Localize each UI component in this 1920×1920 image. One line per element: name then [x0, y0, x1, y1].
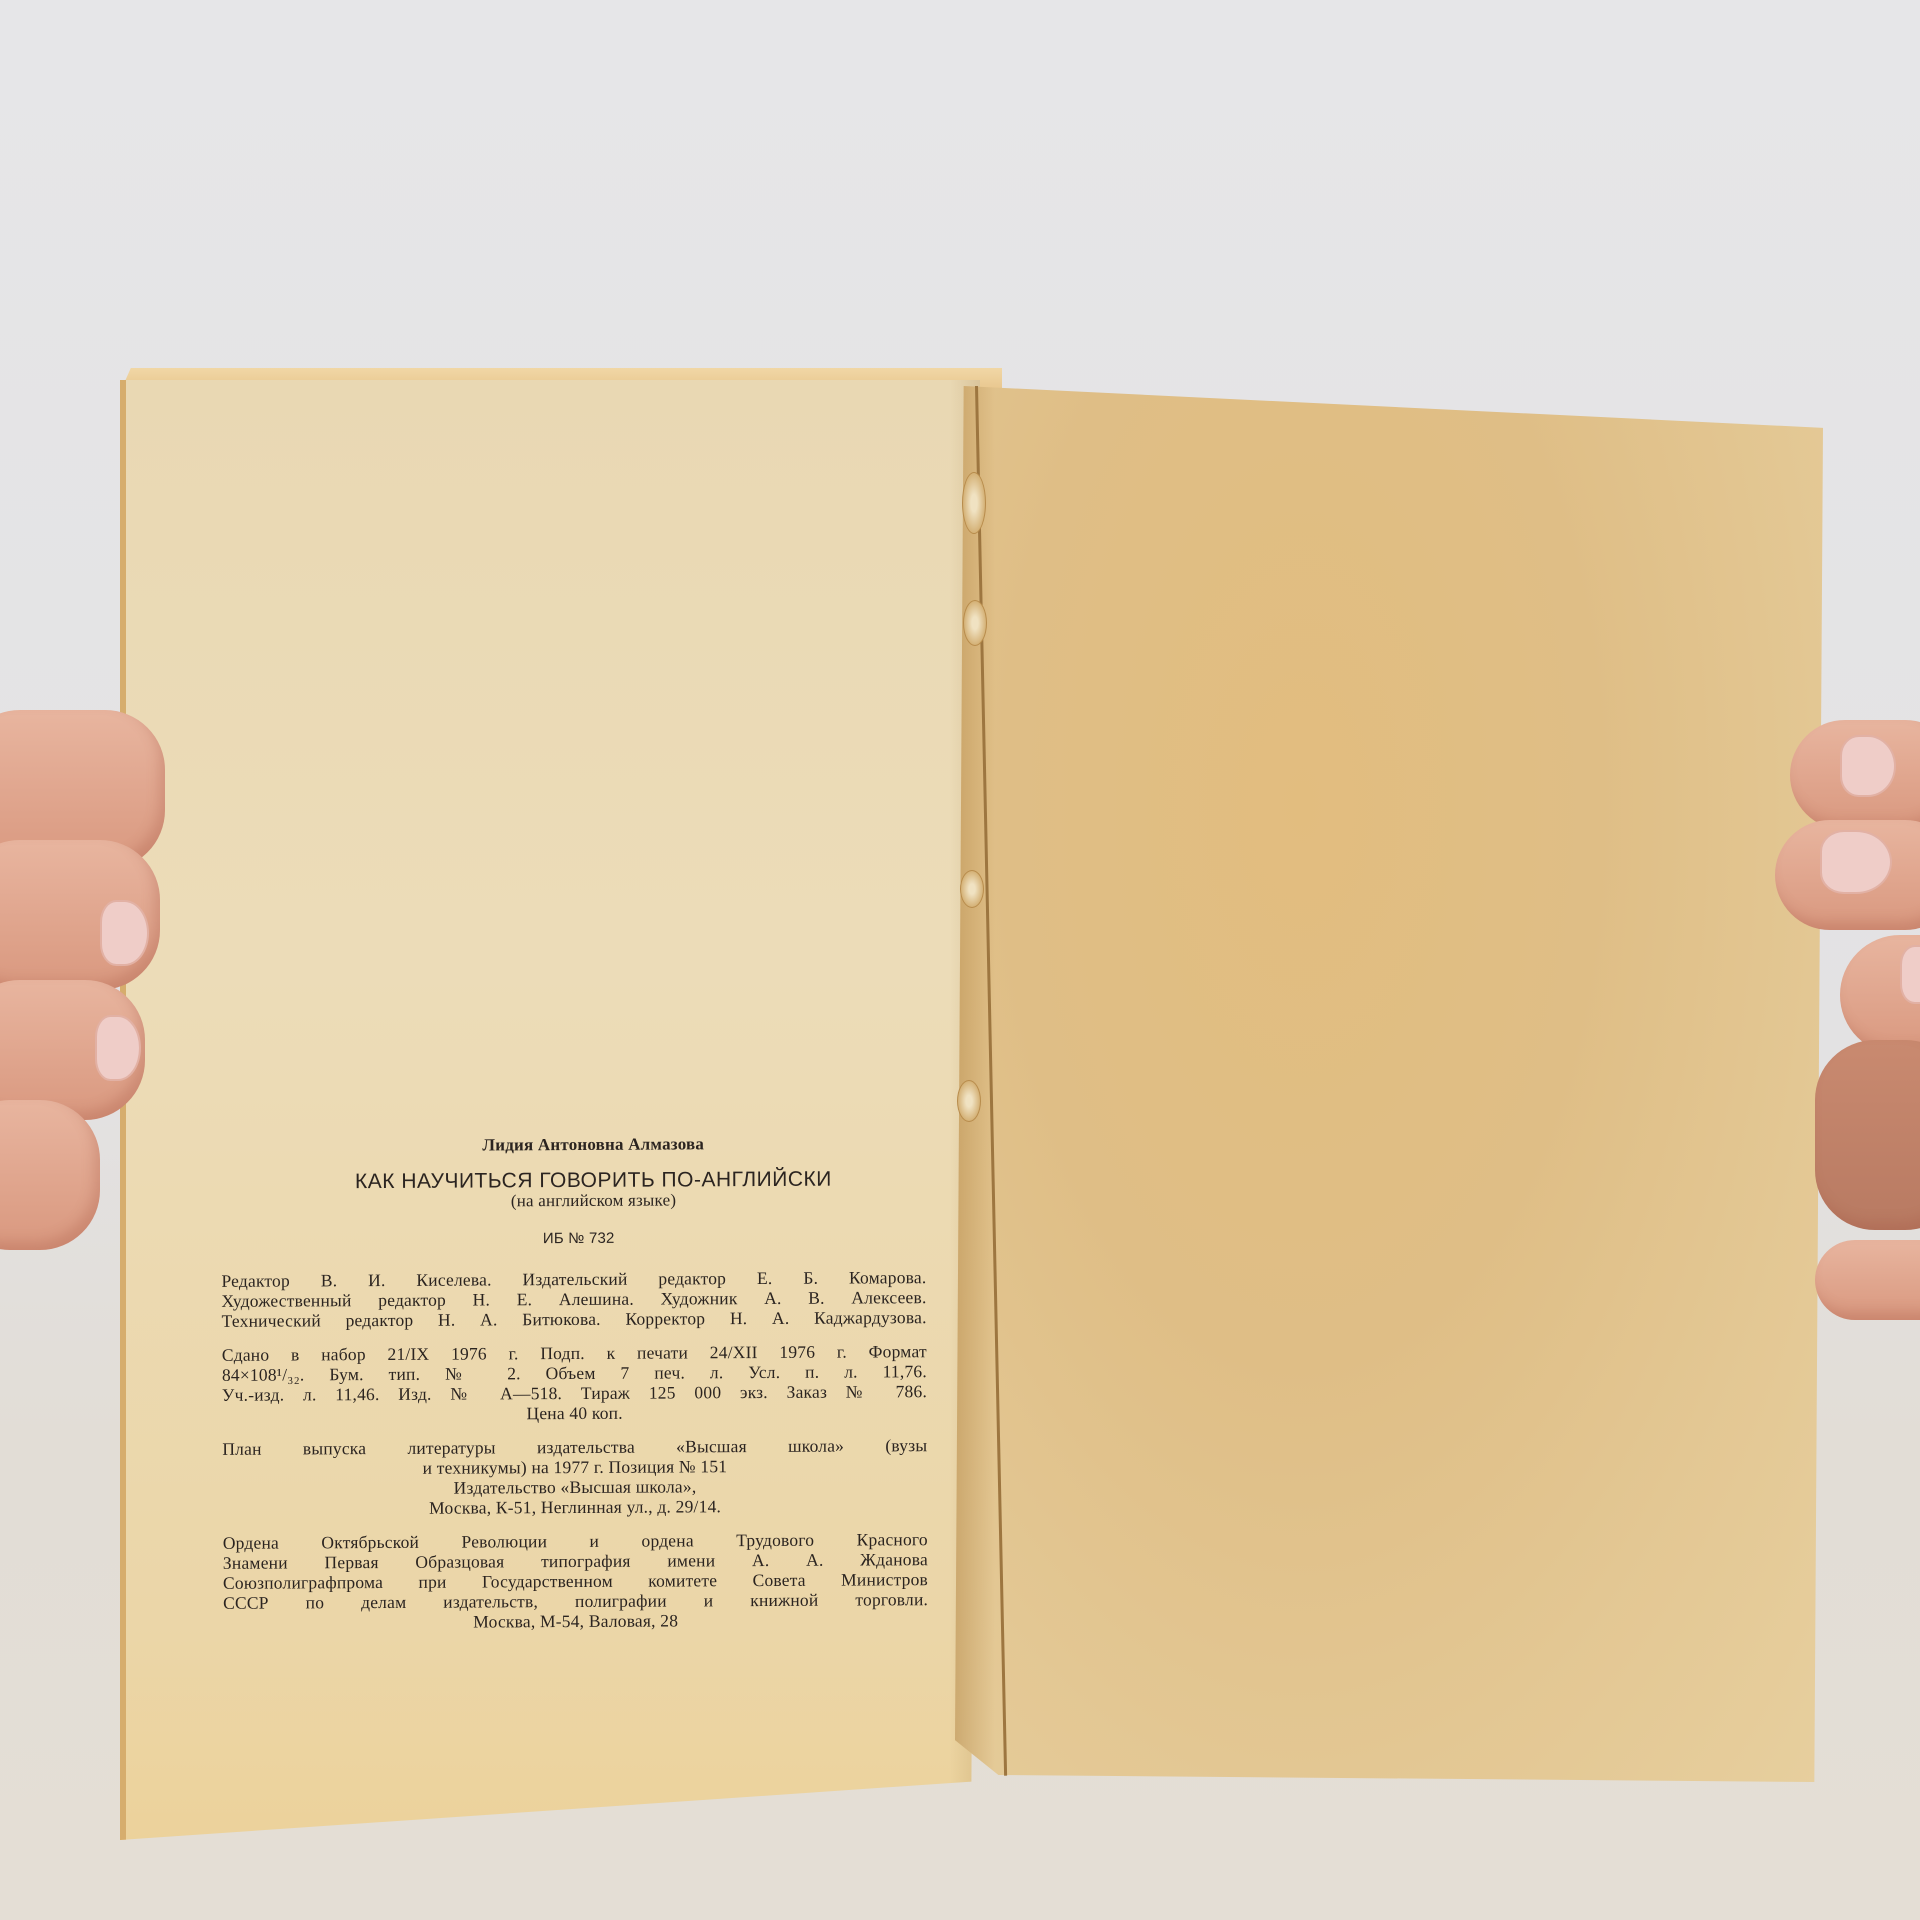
printer-line: СССР по делам издательств, полиграфии и … — [223, 1589, 928, 1613]
price: Цена 40 коп. — [222, 1401, 927, 1425]
ib-number: ИБ № 732 — [221, 1227, 926, 1251]
right-page-blank — [955, 386, 1823, 1782]
binding-stitch — [962, 472, 986, 534]
publisher-address: Москва, К-51, Неглинная ул., д. 29/14. — [223, 1495, 928, 1519]
editors-credits: Редактор В. И. Киселева. Издательский ре… — [221, 1267, 926, 1331]
credit-line: Технический редактор Н. А. Битюкова. Кор… — [222, 1307, 927, 1331]
right-hand — [1760, 710, 1920, 1310]
production-line: Уч.-изд. л. 11,46. Изд. № А—518. Тираж 1… — [222, 1381, 927, 1405]
left-hand — [0, 660, 190, 1260]
publishing-plan: План выпуска литературы издательства «Вы… — [222, 1435, 927, 1519]
printer-info: Ордена Октябрьской Революции и ордена Тр… — [223, 1529, 929, 1633]
binding-stitch — [960, 870, 984, 908]
plan-line: План выпуска литературы издательства «Вы… — [222, 1435, 927, 1459]
photo-scene: Лидия Антоновна Алмазова КАК НАУЧИТЬСЯ Г… — [0, 0, 1920, 1920]
book-subtitle: (на английском языке) — [221, 1189, 926, 1213]
author-name: Лидия Антоновна Алмазова — [221, 1133, 926, 1157]
binding-stitch — [963, 600, 987, 646]
binding-stitch — [957, 1080, 981, 1122]
printer-address: Москва, М-54, Валовая, 28 — [223, 1609, 928, 1633]
production-details: Сдано в набор 21/IX 1976 г. Подп. к печа… — [222, 1341, 927, 1425]
book-title: КАК НАУЧИТЬСЯ ГОВОРИТЬ ПО-АНГЛИЙСКИ — [221, 1169, 926, 1193]
imprint-page-text: Лидия Антоновна Алмазова КАК НАУЧИТЬСЯ Г… — [221, 1133, 929, 1647]
